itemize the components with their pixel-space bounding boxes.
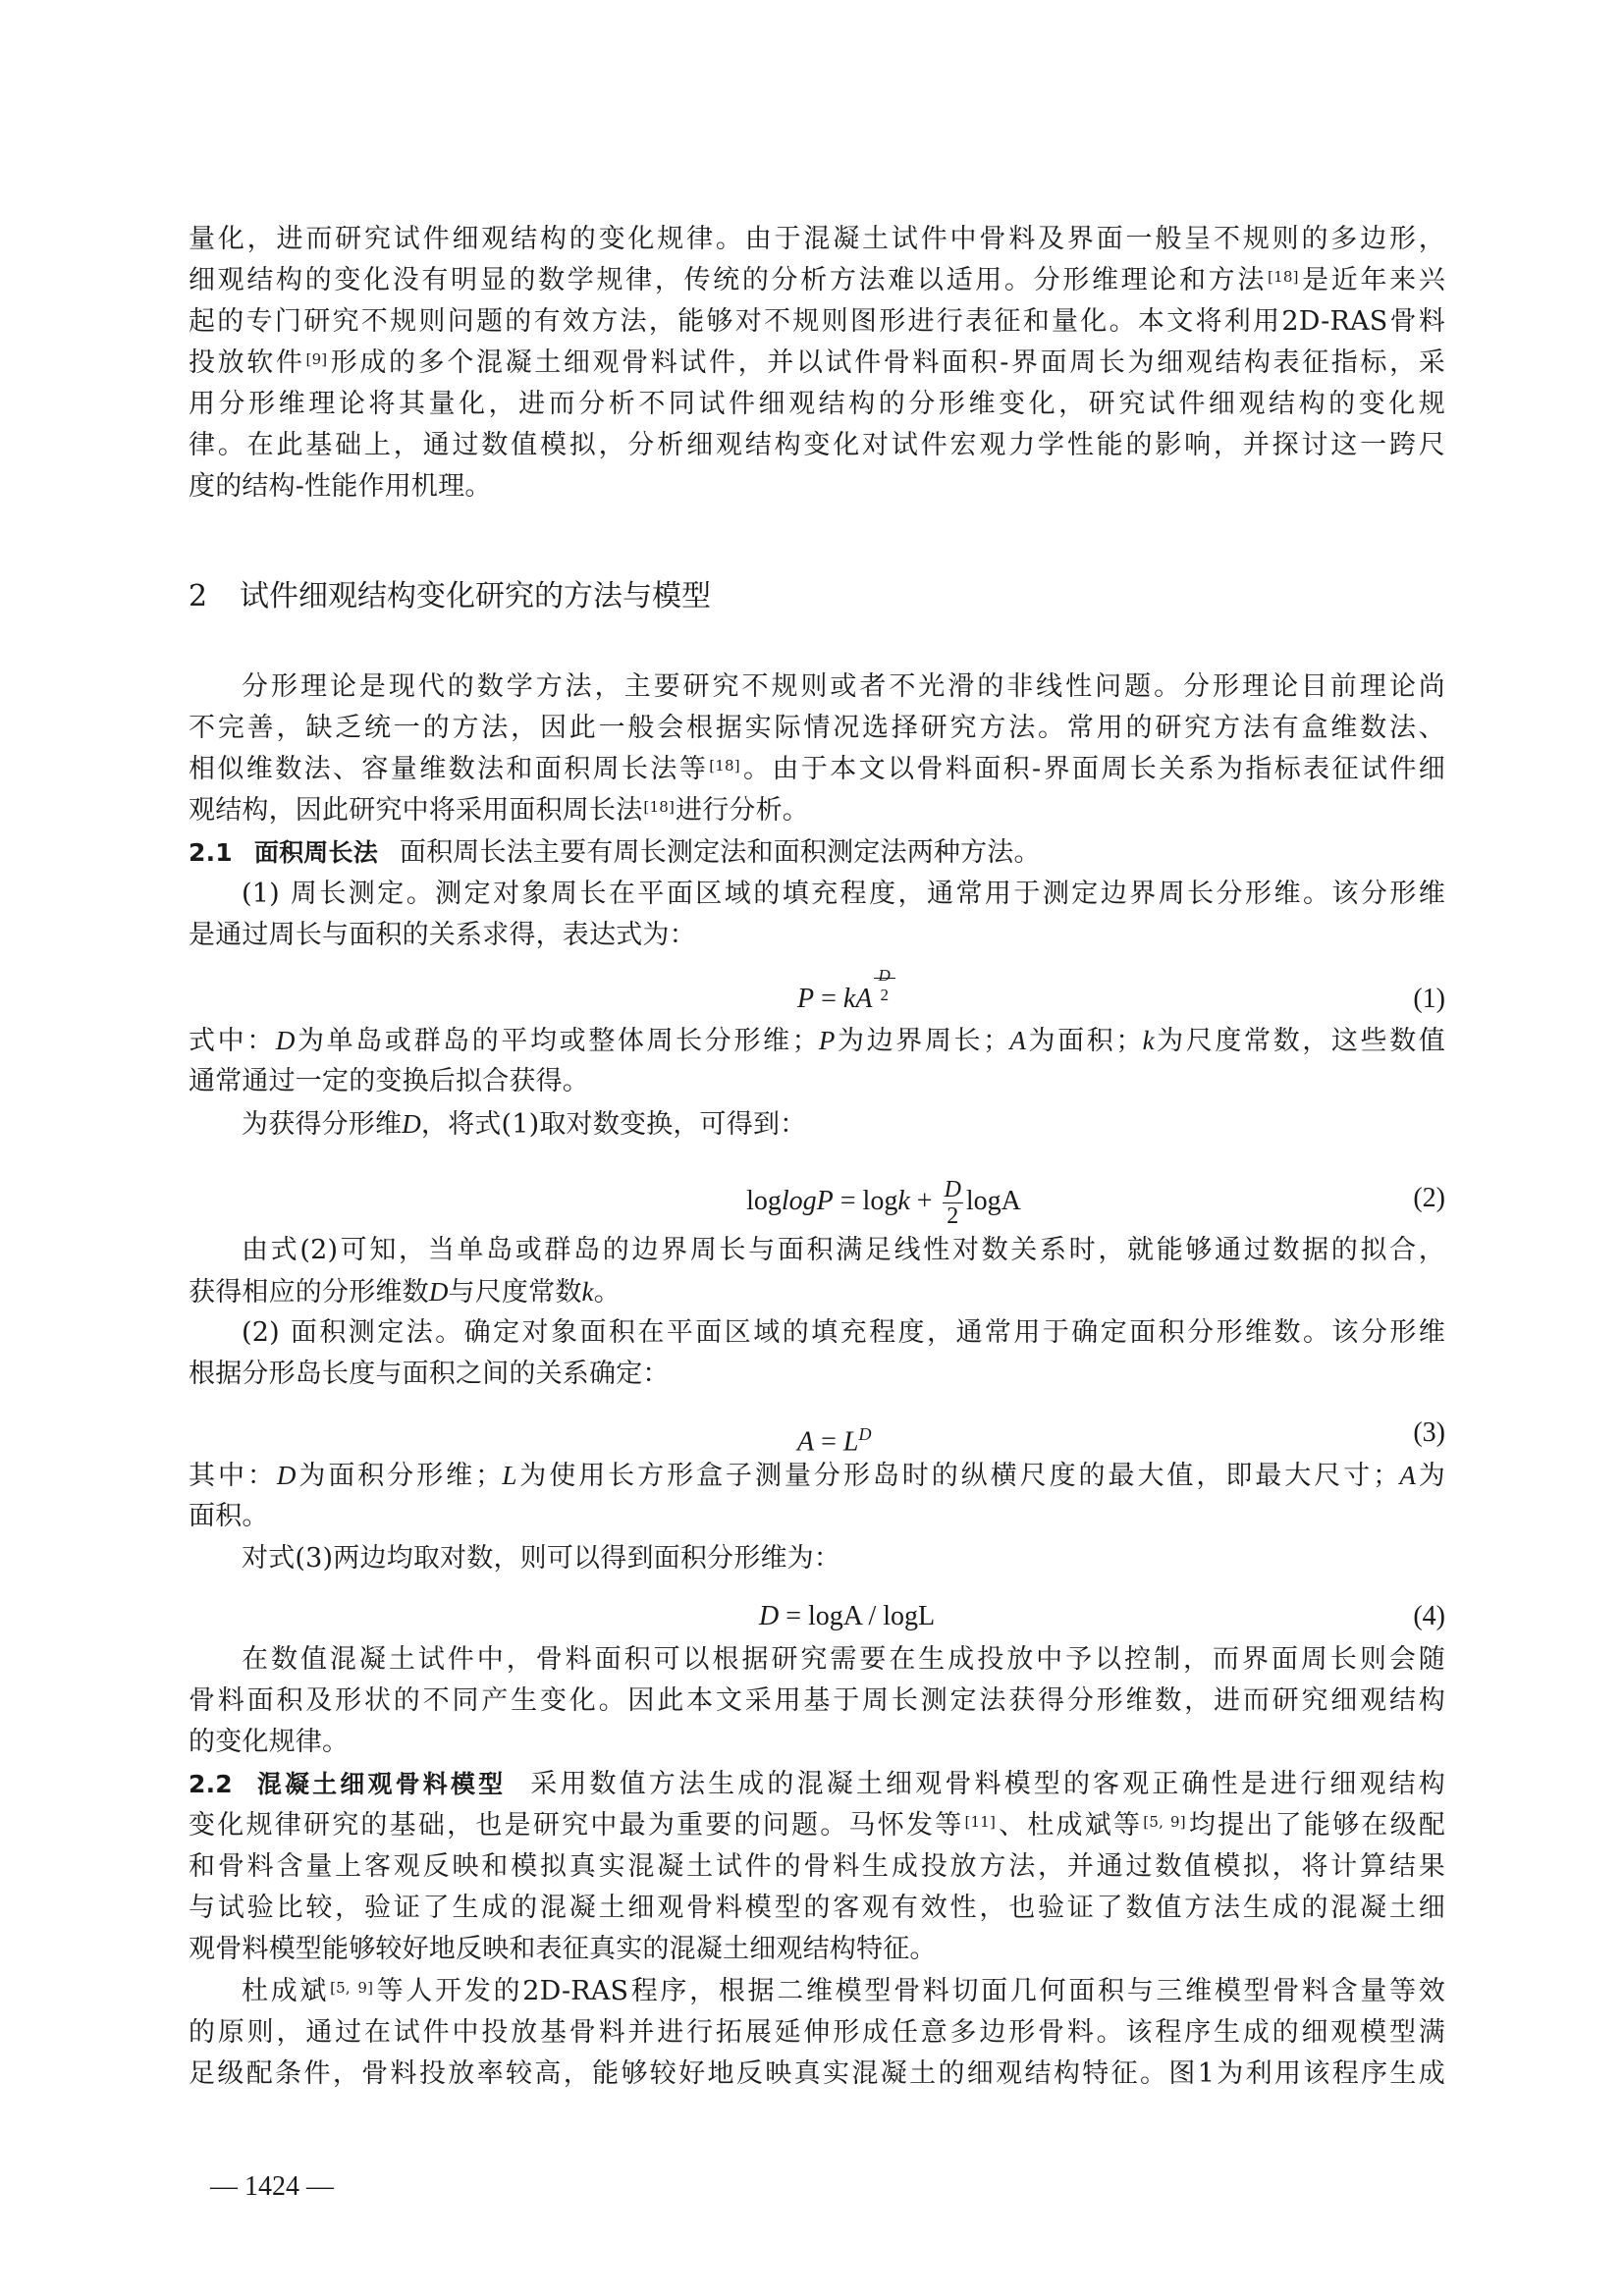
var-P: logP	[782, 1186, 834, 1216]
subsection-2-1-lead: 2.1面积周长法面积周长法主要有周长测定法和面积测定法两种方法。	[189, 835, 1445, 871]
text-span: 获得相应的分形维数	[189, 1277, 429, 1308]
text-line: 为获得分形维D，将式(1)取对数变换，可得到：	[242, 1106, 1445, 1143]
text-line: 足级配条件，骨料投放率较高，能够较好地反映真实混凝土的细观结构特征。图1为利用该…	[189, 2056, 1445, 2092]
var-D: D	[759, 1601, 779, 1631]
text-line: 观结构，因此研究中将采用面积周长法[18]进行分析。	[189, 793, 1445, 828]
subsection-title: 面积周长法	[254, 838, 378, 867]
text-span: ，将式(1)取对数变换，可得到：	[421, 1109, 806, 1140]
citation: [11]	[964, 1813, 996, 1831]
text-span: 等人开发的2D-RAS程序，根据二维模型骨料切面几何面积与三维模型骨料含量等效	[374, 1976, 1445, 2006]
slash: /	[861, 1601, 883, 1631]
text-line: 获得相应的分形维数D与尺度常数k。	[189, 1274, 1445, 1310]
text-line: 杜成斌[5, 9]等人开发的2D-RAS程序，根据二维模型骨料切面几何面积与三维…	[242, 1974, 1445, 2009]
var: P	[819, 1026, 836, 1055]
text-span: 均提出了能够在级配	[1187, 1810, 1445, 1841]
equals: =	[814, 1426, 843, 1457]
var-A: A	[797, 1426, 814, 1457]
subsection-number: 2.1	[189, 838, 233, 867]
var: k	[1143, 1026, 1155, 1055]
exponent-D: D	[858, 1424, 871, 1444]
equation-2: loglogP = logk + D2logA	[403, 1177, 1443, 1229]
text-span: = logA	[779, 1601, 861, 1631]
text-line: 投放软件[9]形成的多个混凝土细观骨料试件，并以试件骨料面积-界面周长为细观结构…	[189, 346, 1445, 381]
text-line: 式中：D为单岛或群岛的平均或整体周长分形维；P为边界周长；A为面积；k为尺度常数…	[189, 1023, 1445, 1059]
text-span: 为获得分形维	[242, 1109, 402, 1140]
text-span: 式中：	[189, 1026, 276, 1056]
equation-number: (4)	[1413, 1599, 1445, 1634]
text-span: 为面积分形维；	[297, 1461, 503, 1491]
fraction: D2	[943, 1177, 963, 1229]
text-line: 量化，进而研究试件细观结构的变化规律。由于混凝土试件中骨料及界面一般呈不规则的多…	[189, 222, 1445, 257]
var-k: k	[897, 1186, 909, 1216]
var: A	[1399, 1461, 1416, 1490]
text-line: 度的结构-性能作用机理。	[189, 469, 1445, 505]
section-number: 2	[189, 577, 240, 616]
var: L	[502, 1461, 516, 1490]
var-P: P	[797, 984, 814, 1014]
text-line: 其中：D为面积分形维；L为使用长方形盒子测量分形岛时的纵横尺度的最大值，即最大尺…	[189, 1458, 1445, 1494]
text-span: = log	[834, 1186, 898, 1216]
text-span: 为	[1416, 1461, 1445, 1491]
equation-1: P = kAD2	[797, 982, 901, 1017]
var-k: k	[843, 984, 855, 1014]
citation: [18]	[709, 757, 740, 774]
text-span: 形成的多个混凝土细观骨料试件，并以试件骨料面积-界面周长为细观结构表征指标，采	[328, 347, 1445, 378]
equation-3: A = LD	[797, 1415, 871, 1460]
text-line: 律。在此基础上，通过数值模拟，分析细观结构变化对试件宏观力学性能的影响，并探讨这…	[189, 428, 1445, 463]
text-span: 。由于本文以骨料面积-界面周长关系为指标表征试件细	[741, 754, 1445, 784]
text-line: 根据分形岛长度与面积之间的关系确定：	[189, 1357, 1445, 1392]
denominator: 2	[943, 1203, 963, 1229]
text-line: 不完善，缺乏统一的方法，因此一般会根据实际情况选择研究方法。常用的研究方法有盒维…	[189, 711, 1445, 746]
var: D	[276, 1026, 296, 1055]
text-span: 其中：	[189, 1461, 277, 1491]
equation-number: (1)	[1413, 982, 1445, 1017]
text-line: 相似维数法、容量维数法和面积周长法等[18]。由于本文以骨料面积-界面周长关系为…	[189, 752, 1445, 787]
text-line: 对式(3)两边均取对数，则可以得到面积分形维为：	[242, 1541, 1445, 1576]
var-A: A	[855, 984, 872, 1014]
text-span: logL	[883, 1601, 935, 1631]
text-line: 用分形维理论将其量化，进而分析不同试件细观结构的分形维变化，研究试件细观结构的变…	[189, 387, 1445, 422]
text-line: (2) 面积测定法。确定对象面积在平面区域的填充程度，通常用于确定面积分形维数。…	[242, 1315, 1445, 1351]
subsection-title: 混凝土细观骨料模型	[254, 1770, 506, 1798]
citation: [5, 9]	[330, 1979, 373, 1997]
text-span: 是近年来兴	[1300, 265, 1445, 295]
equation-number: (3)	[1413, 1415, 1445, 1451]
text-line: 观骨料模型能够较好地反映和表征真实的混凝土细观结构特征。	[189, 1932, 1445, 1967]
var: D	[429, 1277, 449, 1307]
text-span: 为尺度常数，这些数值	[1155, 1026, 1445, 1056]
text-span: 面积周长法主要有周长测定法和面积测定法两种方法。	[400, 837, 1041, 868]
section-title: 试件细观结构变化研究的方法与模型	[240, 579, 711, 614]
text-span: 为边界周长；	[836, 1026, 1010, 1056]
equation-4: D = logA / logL	[759, 1599, 935, 1634]
numerator: D	[943, 1177, 963, 1203]
text-span: 变化规律研究的基础，也是研究中最为重要的问题。马怀发等	[189, 1810, 963, 1841]
var: D	[402, 1109, 421, 1139]
plus: +	[910, 1186, 940, 1216]
var: D	[277, 1461, 297, 1490]
text-span: 为面积；	[1026, 1026, 1143, 1056]
text-line: (1) 周长测定。测定对象周长在平面区域的填充程度，通常用于测定边界周长分形维。…	[242, 877, 1445, 912]
text-line: 通常通过一定的变换后拟合获得。	[189, 1064, 1445, 1099]
text-span: 观结构，因此研究中将采用面积周长法	[189, 795, 642, 826]
var: A	[1009, 1026, 1026, 1055]
citation: [5, 9]	[1143, 1813, 1186, 1831]
text-line: 的变化规律。	[189, 1725, 1445, 1760]
text-line: 与试验比较，验证了生成的混凝土细观骨料模型的客观有效性，也验证了数值方法生成的混…	[189, 1891, 1445, 1926]
subsection-2-2-lead: 2.2混凝土细观骨料模型采用数值方法生成的混凝土细观骨料模型的客观正确性是进行细…	[189, 1767, 1445, 1802]
text-line: 细观结构的变化没有明显的数学规律，传统的分析方法难以适用。分形维理论和方法[18…	[189, 263, 1445, 298]
text-line: 面积。	[189, 1499, 1445, 1534]
exponent-fraction: D2	[872, 988, 901, 1007]
text-line: 和骨料含量上客观反映和模拟真实混凝土试件的骨料生成投放方法，并通过数值模拟，将计…	[189, 1849, 1445, 1885]
text-line: 是通过周长与面积的关系求得，表达式为：	[189, 918, 1445, 953]
var: k	[582, 1277, 594, 1307]
citation: [18]	[643, 798, 675, 816]
text-span: 采用数值方法生成的混凝土细观骨料模型的客观正确性是进行细观结构	[527, 1769, 1445, 1799]
text-line: 变化规律研究的基础，也是研究中最为重要的问题。马怀发等[11]、杜成斌等[5, …	[189, 1808, 1445, 1843]
citation: [9]	[306, 350, 328, 368]
text-span: 与尺度常数	[449, 1277, 582, 1308]
var-L: L	[843, 1426, 859, 1457]
text-line: 分形理论是现代的数学方法，主要研究不规则或者不光滑的非线性问题。分形理论目前理论…	[242, 669, 1445, 705]
text-line: 在数值混凝土试件中，骨料面积可以根据研究需要在生成投放中予以控制，而界面周长则会…	[242, 1642, 1445, 1678]
text-line: 由式(2)可知，当单岛或群岛的边界周长与面积满足线性对数关系时，就能够通过数据的…	[242, 1233, 1445, 1268]
text-line: 起的专门研究不规则问题的有效方法，能够对不规则图形进行表征和量化。本文将利用2D…	[189, 304, 1445, 340]
text-line: 的原则，通过在试件中投放基骨料并进行拓展延伸形成任意多边形骨料。该程序生成的细观…	[189, 2015, 1445, 2051]
subsection-heading: 2.2混凝土细观骨料模型	[189, 1770, 506, 1798]
text-span: 投放软件	[189, 347, 305, 378]
equation-number: (2)	[1413, 1181, 1445, 1216]
text-span: 为使用长方形盒子测量分形岛时的纵横尺度的最大值，即最大尺寸；	[517, 1461, 1400, 1491]
subsection-heading: 2.1面积周长法	[189, 838, 378, 867]
text-line: 骨料面积及形状的不同产生变化。因此本文采用基于周长测定法获得分形维数，进而研究细…	[189, 1683, 1445, 1719]
text-span: 为单岛或群岛的平均或整体周长分形维；	[296, 1026, 819, 1056]
section-heading: 2试件细观结构变化研究的方法与模型	[189, 577, 711, 616]
text-span: 、杜成斌等	[997, 1810, 1142, 1841]
text-span: 杜成斌	[242, 1976, 329, 2006]
exponent-denominator: 2	[880, 978, 889, 1013]
text-span: logA	[966, 1186, 1021, 1216]
text-span: 细观结构的变化没有明显的数学规律，传统的分析方法难以适用。分形维理论和方法	[189, 265, 1267, 295]
text-span: 进行分析。	[676, 795, 809, 826]
text-span: 相似维数法、容量维数法和面积周长法等	[189, 754, 708, 784]
subsection-number: 2.2	[189, 1770, 233, 1798]
equals: =	[814, 984, 843, 1014]
citation: [18]	[1268, 268, 1299, 286]
page-number: — 1424 —	[210, 2169, 334, 2205]
text-span: 。	[594, 1277, 621, 1308]
